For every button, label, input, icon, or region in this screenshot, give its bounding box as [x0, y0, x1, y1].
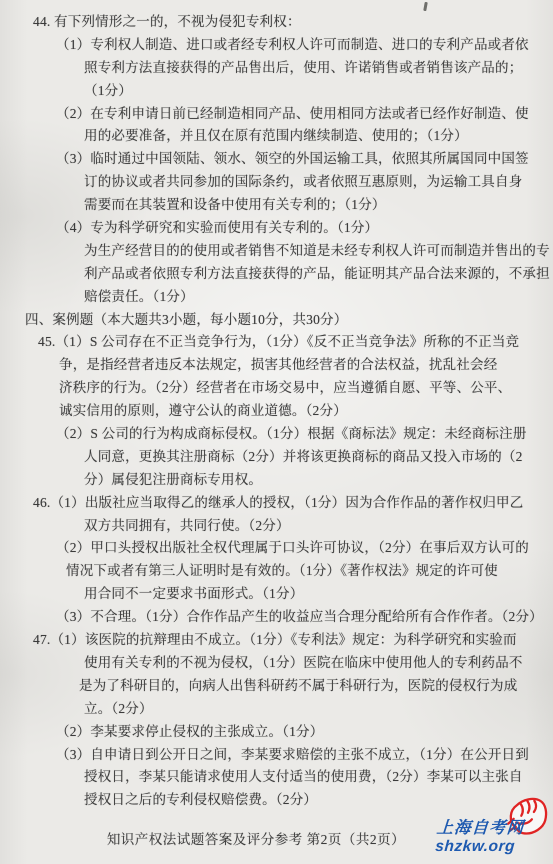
answer-sheet-body: 44. 有下列情形之一的，不视为侵犯专利权： （1）专利权人制造、进口或者经专利…: [0, 11, 553, 812]
answer-line: 44. 有下列情形之一的，不视为侵犯专利权：: [0, 11, 553, 34]
site-watermark: 上海自考网 shzkw.org: [430, 794, 553, 860]
answer-line: 人同意，更换其注册商标（2分）并将该更换商标的商品又投入市场的（2: [0, 446, 553, 469]
answer-line: （4）专为科学研究和实验而使用有关专利的。（1分）: [0, 217, 553, 240]
answer-line: （3）临时通过中国领陆、领水、领空的外国运输工具，依照其所属国同中国签: [0, 148, 553, 171]
answer-line: 授权日，李某只能请求使用人支付适当的使用费，（2分）李某可以主张自: [0, 766, 553, 789]
watermark-text: 上海自考网 shzkw.org: [435, 820, 525, 854]
scan-artifact: [423, 2, 428, 11]
answer-line: 订的协议或者共同参加的国际条约，或者依照互惠原则，为运输工具自身: [0, 171, 553, 194]
scanned-answer-sheet-page: 44. 有下列情形之一的，不视为侵犯专利权： （1）专利权人制造、进口或者经专利…: [0, 0, 553, 864]
answer-line: （2）在专利申请日前已经制造相同产品、使用相同方法或者已经作好制造、使: [0, 103, 553, 126]
answer-line: 赔偿责任。（1分）: [0, 286, 553, 309]
answer-line: 照专利方法直接获得的产品售出后，使用、许诺销售或者销售该产品的；: [0, 57, 553, 80]
answer-line: 争，是指经营者违反本法规定，损害其他经营者的合法权益，扰乱社会经: [0, 354, 553, 377]
answer-line: 46.（1）出版社应当取得乙的继承人的授权，（1分）因为合作作品的著作权归甲乙: [0, 492, 553, 515]
answer-line: （2）李某要求停止侵权的主张成立。（1分）: [0, 721, 553, 744]
section-heading: 四、案例题（本大题共3小题，每小题10分，共30分）: [0, 309, 553, 332]
answer-line: 济秩序的行为。（2分）经营者在市场交易中，应当遵循自愿、平等、公平、: [0, 377, 553, 400]
answer-line: 45.（1）S 公司存在不正当竞争行为，（1分）《反不正当竞争法》所称的不正当竞: [0, 331, 553, 354]
answer-line: 用合同不一定要求书面形式。（1分）: [0, 583, 553, 606]
answer-line: （2）甲口头授权出版社全权代理属于口头许可协议，（2分）在事后双方认可的: [0, 537, 553, 560]
answer-line: （2）S 公司的行为构成商标侵权。（1分）根据《商标法》规定：未经商标注册: [0, 423, 553, 446]
watermark-site-name: 上海自考网: [436, 820, 525, 837]
answer-line: （1分）: [0, 80, 553, 103]
answer-line: 为生产经营目的的使用或者销售不知道是未经专利权人许可而制造并售出的专: [0, 240, 553, 263]
answer-line: 47.（1）该医院的抗辩理由不成立。（1分）《专利法》规定：为科学研究和实验而: [0, 629, 553, 652]
answer-line: 是为了科研目的，向病人出售科研药不属于科研行为，医院的侵权行为成: [0, 675, 553, 698]
answer-line: （3）自申请日到公开日之间，李某要求赔偿的主张不成立，（1分）在公开日到: [0, 744, 553, 767]
answer-line: 双方共同拥有，共同行使。（2分）: [0, 515, 553, 538]
answer-line: 需要而在其装置和设备中使用有关专利的；（1分）: [0, 194, 553, 217]
watermark-site-url: shzkw.org: [435, 839, 524, 855]
answer-line: （3）不合理。（1分）合作作品产生的收益应当合理分配给所有合作作者。（2分）: [0, 606, 553, 629]
answer-line: 分）属侵犯注册商标专用权。: [0, 469, 553, 492]
answer-line: 立。（2分）: [0, 698, 553, 721]
answer-line: 诚实信用的原则，遵守公认的商业道德。（2分）: [0, 400, 553, 423]
answer-line: 使用有关专利的不视为侵权，（1分）医院在临床中使用他人的专利药品不: [0, 652, 553, 675]
answer-line: 情况下或者有第三人证明时是有效的。（1分）《著作权法》规定的许可使: [0, 560, 553, 583]
answer-line: （1）专利权人制造、进口或者经专利权人许可而制造、进口的专利产品或者依: [0, 34, 553, 57]
answer-line: 利产品或者依照专利方法直接获得的产品，能证明其产品合法来源的，不承担: [0, 263, 553, 286]
answer-line: 用的必要准备，并且仅在原有范围内继续制造、使用的；（1分）: [0, 125, 553, 148]
